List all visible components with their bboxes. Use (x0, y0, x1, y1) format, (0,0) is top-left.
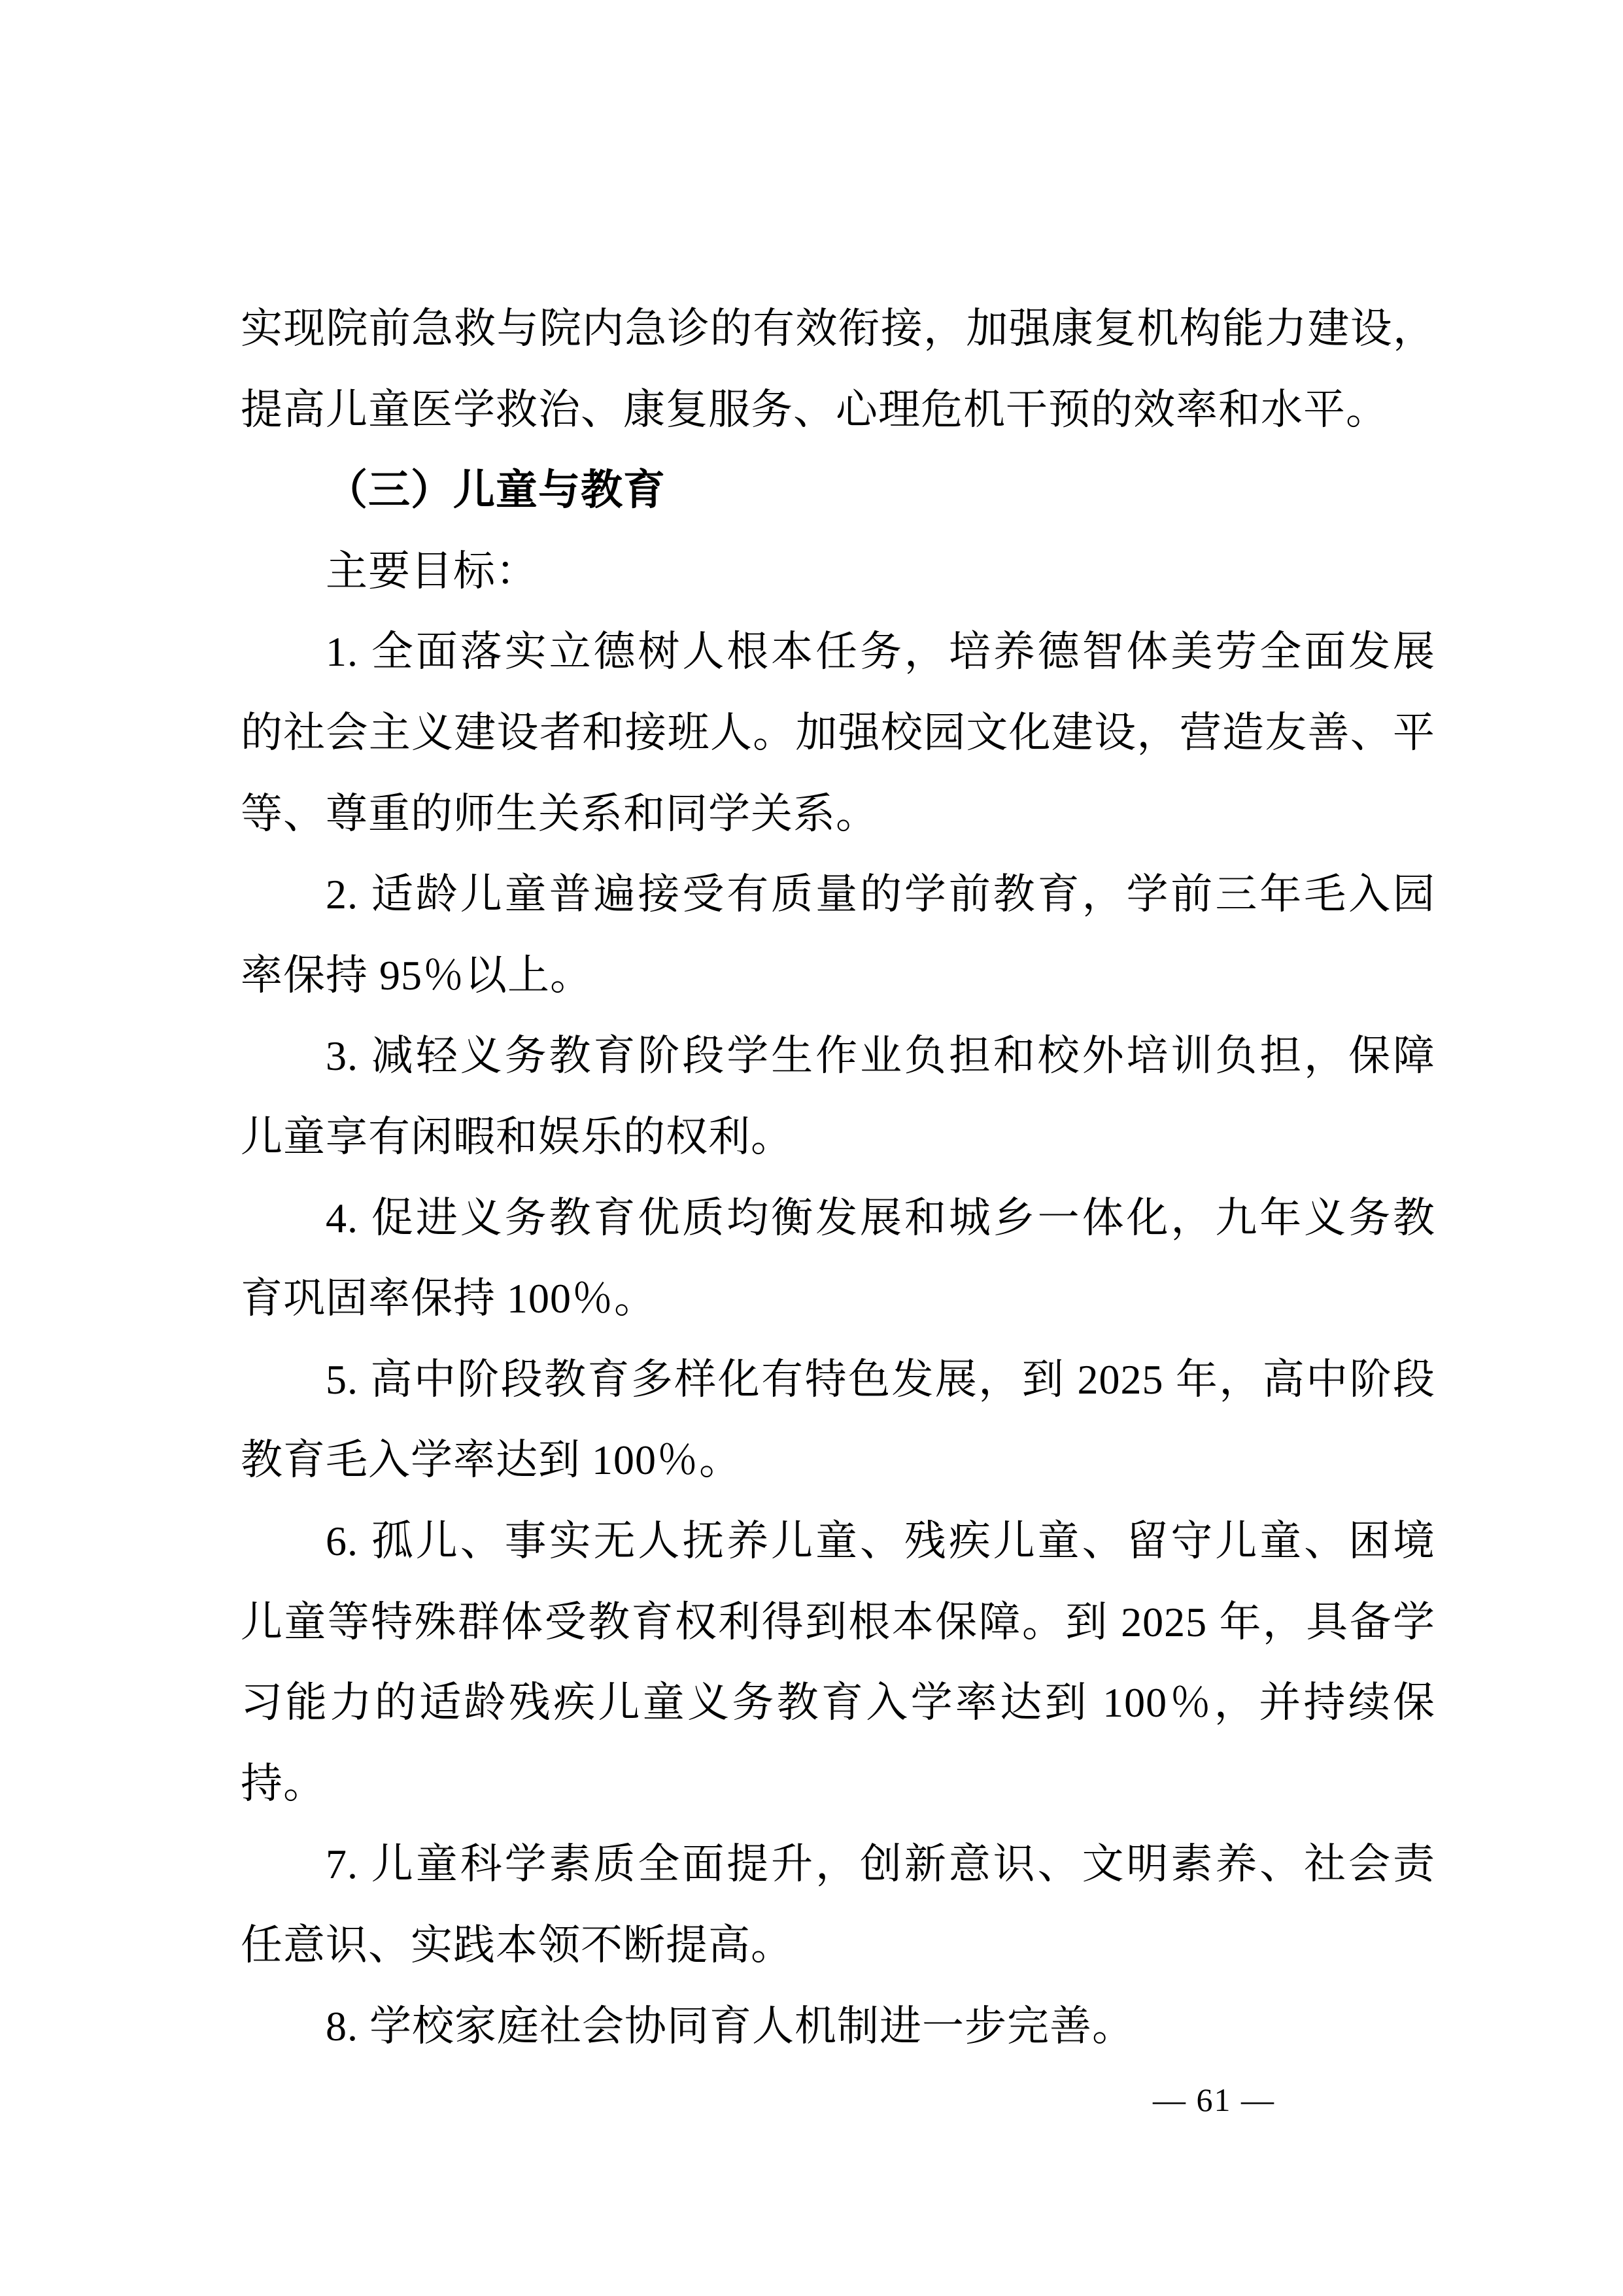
text-line: 3. 减轻义务教育阶段学生作业负担和校外培训负担，保障 (326, 1033, 1435, 1080)
text-line: 率保持 95％以上。 (241, 952, 592, 999)
document-page: 实现院前急救与院内急诊的有效衔接，加强康复机构能力建设， 提高儿童医学救治、康复… (0, 0, 1623, 2296)
text-line: 7. 儿童科学素质全面提升，创新意识、文明素养、社会责 (326, 1841, 1435, 1888)
text-line: 习能力的适龄残疾儿童义务教育入学率达到 100％，并持续保 (241, 1679, 1435, 1726)
text-line: 主要目标： (326, 548, 538, 595)
text-line: 2. 适龄儿童普遍接受有质量的学前教育，学前三年毛入园 (326, 871, 1435, 918)
text-line: 实现院前急救与院内急诊的有效衔接，加强康复机构能力建设， (241, 305, 1435, 352)
section-heading: （三）儿童与教育 (326, 467, 666, 514)
text-line: 等、尊重的师生关系和同学关系。 (241, 791, 878, 838)
text-line: 育巩固率保持 100％。 (241, 1275, 657, 1322)
text-line: 1. 全面落实立德树人根本任务，培养德智体美劳全面发展 (326, 628, 1435, 676)
text-line: 儿童等特殊群体受教育权利得到根本保障。到 2025 年，具备学 (241, 1599, 1435, 1646)
text-line: 8. 学校家庭社会协同育人机制进一步完善。 (326, 2003, 1135, 2050)
text-line: 5. 高中阶段教育多样化有特色发展，到 2025 年，高中阶段 (326, 1356, 1435, 1403)
text-line: 4. 促进义务教育优质均衡发展和城乡一体化，九年义务教 (326, 1195, 1435, 1242)
text-line: 持。 (241, 1760, 326, 1808)
page-number: — 61 — (1153, 2082, 1268, 2118)
text-line: 教育毛入学率达到 100％。 (241, 1437, 742, 1484)
text-line: 6. 孤儿、事实无人抚养儿童、残疾儿童、留守儿童、困境 (326, 1518, 1435, 1565)
text-line: 的社会主义建设者和接班人。加强校园文化建设，营造友善、平 (241, 710, 1435, 757)
text-line: 任意识、实践本领不断提高。 (241, 1922, 793, 1969)
text-line: 儿童享有闲暇和娱乐的权利。 (241, 1114, 793, 1161)
text-line: 提高儿童医学救治、康复服务、心理危机干预的效率和水平。 (241, 386, 1388, 434)
